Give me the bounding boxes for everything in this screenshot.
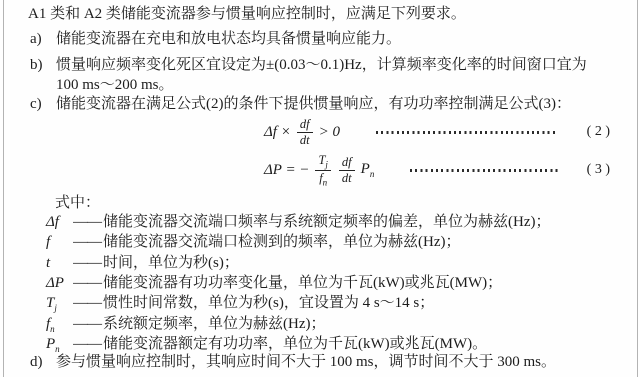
- equation-3-fraction-2: df dt: [339, 155, 355, 185]
- equation-2-rhs: > 0: [319, 124, 340, 141]
- symbol-base: f: [46, 234, 50, 250]
- symbol-sub: n: [50, 324, 55, 334]
- frac1-num-sub: j: [325, 159, 328, 169]
- item-a: a) 储能变流器在充电和放电状态均具备惯量响应能力。: [30, 29, 628, 49]
- item-a-label: a): [30, 29, 56, 49]
- frac1-den-sub: n: [323, 177, 328, 187]
- equation-3-frac1-denominator: fn: [316, 171, 330, 188]
- equation-3-lhs: ΔP = −: [264, 162, 309, 179]
- item-d-text: 参与惯量响应控制时，其响应时间不大于 100 ms，调节时间不大于 300 ms…: [56, 352, 628, 372]
- equation-3-frac2-denominator: dt: [339, 171, 355, 185]
- item-c-text: 储能变流器在满足公式(2)的条件下提供惯量响应，有功功率控制满足公式(3)：: [56, 94, 628, 114]
- symbol-base: t: [46, 255, 50, 271]
- tail-sub: n: [370, 169, 375, 179]
- equation-2-number: ( 2 ): [562, 124, 610, 140]
- equation-3: ΔP = − Tj fn df dt Pn ( 3 ): [0, 150, 640, 190]
- item-a-text: 储能变流器在充电和放电状态均具备惯量响应能力。: [56, 29, 628, 49]
- item-d: d) 参与惯量响应控制时，其响应时间不大于 100 ms，调节时间不大于 300…: [30, 352, 628, 372]
- item-b-line1: 惯量响应频率变化死区宜设定为±(0.03～0.1)Hz，计算频率变化率的时间窗口…: [56, 55, 630, 75]
- tail-base: P: [361, 161, 370, 177]
- item-d-label: d): [30, 352, 56, 372]
- item-c-label: c): [30, 94, 56, 114]
- symbol-sub: j: [54, 303, 57, 313]
- equation-2-lhs: Δf ×: [264, 124, 291, 141]
- symbol-base: Δf: [46, 214, 59, 230]
- symbol-base: ΔP: [46, 275, 64, 291]
- equation-3-dot-leader: [410, 169, 558, 172]
- item-b-label: b): [30, 55, 56, 95]
- equation-3-fraction-1: Tj fn: [315, 153, 330, 188]
- item-b: b) 惯量响应频率变化死区宜设定为±(0.03～0.1)Hz，计算频率变化率的时…: [30, 55, 630, 95]
- item-b-line2: 100 ms～200 ms。: [56, 75, 630, 95]
- where-label: 式中：: [55, 193, 100, 213]
- item-b-text: 惯量响应频率变化死区宜设定为±(0.03～0.1)Hz，计算频率变化率的时间窗口…: [56, 55, 630, 95]
- equation-3-tail: Pn: [361, 161, 375, 179]
- equation-3-number: ( 3 ): [562, 162, 610, 178]
- equation-2-fraction: df dt: [297, 117, 313, 147]
- equation-3-math: ΔP = − Tj fn df dt Pn: [262, 153, 376, 188]
- equation-2: Δf × df dt > 0 ( 2 ): [0, 114, 640, 150]
- item-c: c) 储能变流器在满足公式(2)的条件下提供惯量响应，有功功率控制满足公式(3)…: [30, 94, 628, 114]
- equation-2-dot-leader: [376, 131, 558, 134]
- intro-paragraph: A1 类和 A2 类储能变流器参与惯量响应控制时，应满足下列要求。: [28, 4, 628, 24]
- symbol-base: P: [46, 336, 55, 352]
- document-page: A1 类和 A2 类储能变流器参与惯量响应控制时，应满足下列要求。 a) 储能变…: [0, 0, 640, 377]
- equation-3-frac2-numerator: df: [339, 155, 355, 170]
- equation-2-frac-numerator: df: [297, 117, 313, 132]
- equation-2-math: Δf × df dt > 0: [262, 117, 342, 147]
- equation-3-frac1-numerator: Tj: [315, 153, 330, 171]
- equation-2-frac-denominator: dt: [297, 133, 313, 147]
